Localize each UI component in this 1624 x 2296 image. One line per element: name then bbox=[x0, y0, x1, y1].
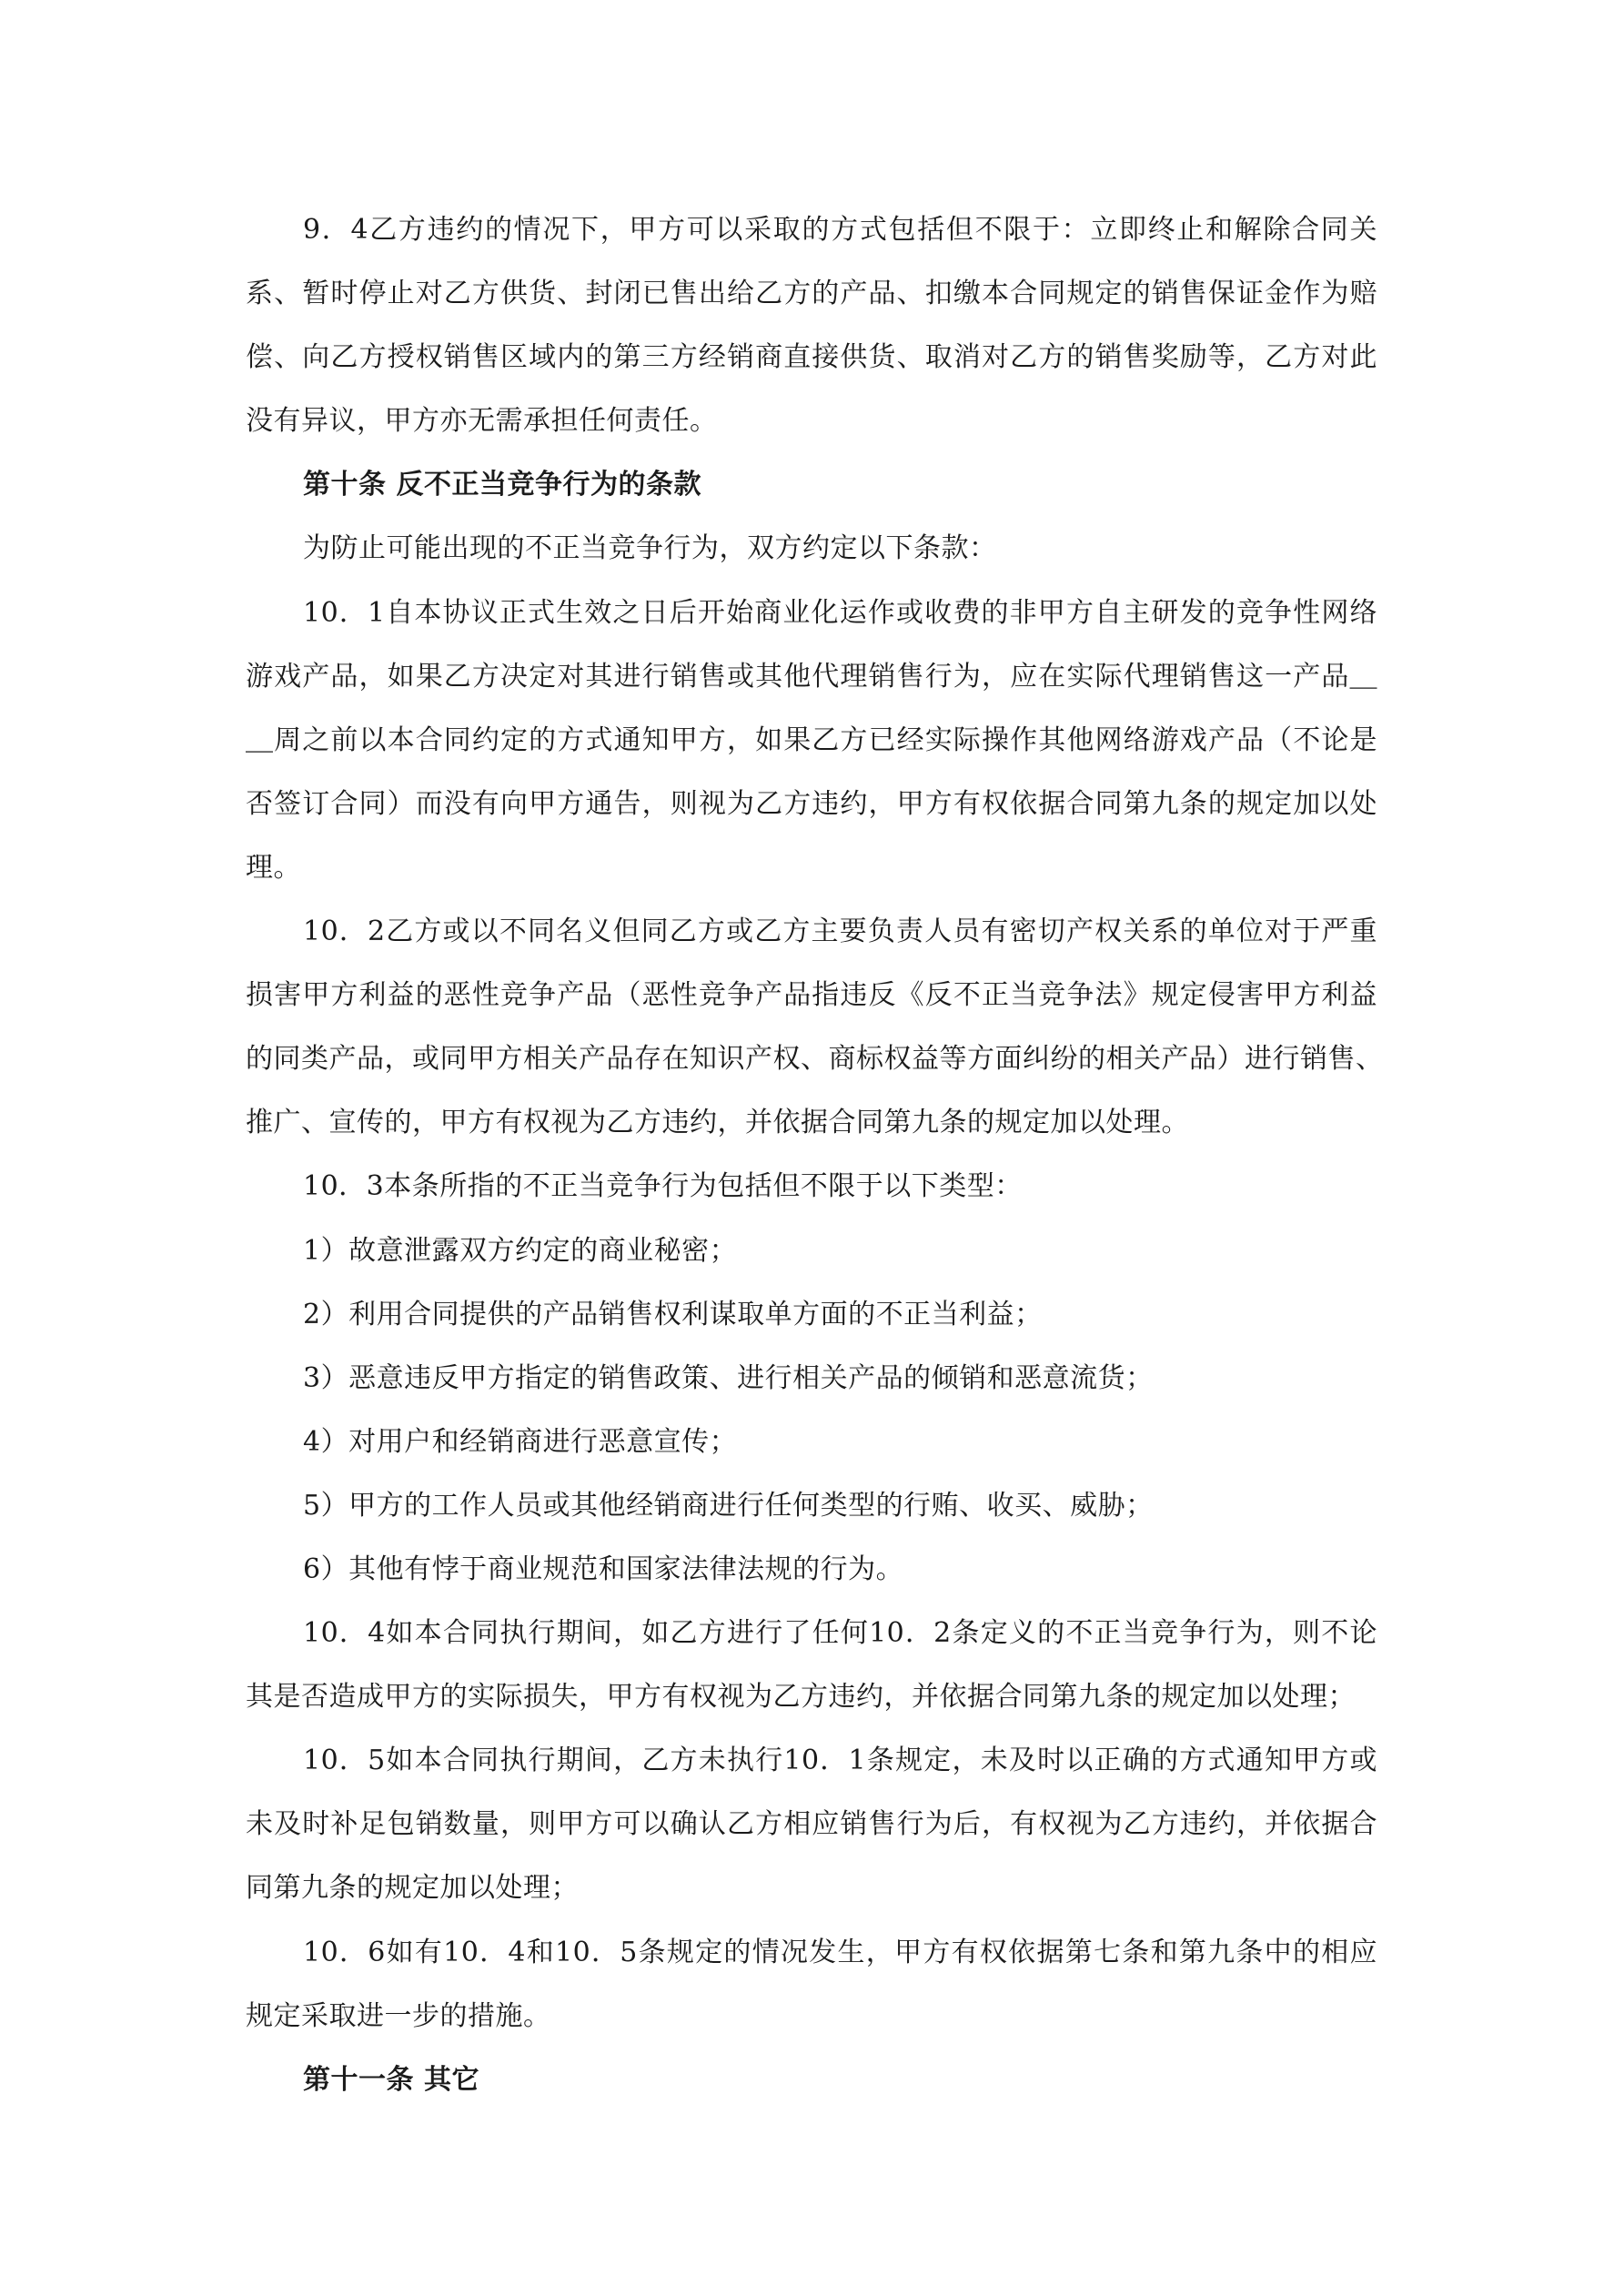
text-line: ＿周之前以本合同约定的方式通知甲方，如果乙方已经实际操作其他网络游戏产品（不论是 bbox=[246, 709, 1377, 773]
text-line: 没有异议，甲方亦无需承担任何责任。 bbox=[246, 389, 1377, 453]
text-line: 规定采取进一步的措施。 bbox=[246, 1985, 1377, 2048]
list-item-text: 1）故意泄露双方约定的商业秘密； bbox=[246, 1219, 1377, 1283]
text-line: 游戏产品，如果乙方决定对其进行销售或其他代理销售行为，应在实际代理销售这一产品＿ bbox=[246, 645, 1377, 709]
list-item-text: 6）其他有悖于商业规范和国家法律法规的行为。 bbox=[246, 1538, 1377, 1602]
text-line: 10．5如本合同执行期间，乙方未执行10．1条规定，未及时以正确的方式通知甲方或 bbox=[246, 1729, 1377, 1793]
article-10-heading: 第十条 反不正当竞争行为的条款 bbox=[246, 453, 1377, 517]
list-item-text: 3）恶意违反甲方指定的销售政策、进行相关产品的倾销和恶意流货； bbox=[246, 1347, 1377, 1411]
list-item-text: 2）利用合同提供的产品销售权利谋取单方面的不正当利益； bbox=[246, 1283, 1377, 1347]
clause-10-2: 10．2乙方或以不同名义但同乙方或乙方主要负责人员有密切产权关系的单位对于严重 … bbox=[246, 900, 1377, 1155]
text-line: 其是否造成甲方的实际损失，甲方有权视为乙方违约，并依据合同第九条的规定加以处理； bbox=[246, 1665, 1377, 1729]
clause-9-4: 9．4乙方违约的情况下，甲方可以采取的方式包括但不限于：立即终止和解除合同关 系… bbox=[246, 198, 1377, 453]
clause-10-3: 10．3本条所指的不正当竞争行为包括但不限于以下类型： bbox=[246, 1155, 1377, 1219]
clause-10-6: 10．6如有10．4和10．5条规定的情况发生，甲方有权依据第七条和第九条中的相… bbox=[246, 1921, 1377, 2048]
list-item: 4）对用户和经销商进行恶意宣传； bbox=[246, 1411, 1377, 1474]
text-line: 9．4乙方违约的情况下，甲方可以采取的方式包括但不限于：立即终止和解除合同关 bbox=[246, 198, 1377, 262]
text-line: 的同类产品，或同甲方相关产品存在知识产权、商标权益等方面纠纷的相关产品）进行销售… bbox=[246, 1027, 1377, 1091]
text-line: 10．3本条所指的不正当竞争行为包括但不限于以下类型： bbox=[246, 1155, 1377, 1219]
list-item: 5）甲方的工作人员或其他经销商进行任何类型的行贿、收买、威胁； bbox=[246, 1474, 1377, 1538]
text-line: 否签订合同）而没有向甲方通告，则视为乙方违约，甲方有权依据合同第九条的规定加以处 bbox=[246, 773, 1377, 836]
clause-10-3-list: 1）故意泄露双方约定的商业秘密； 2）利用合同提供的产品销售权利谋取单方面的不正… bbox=[246, 1219, 1377, 1603]
text-line: 未及时补足包销数量，则甲方可以确认乙方相应销售行为后，有权视为乙方违约，并依据合 bbox=[246, 1793, 1377, 1856]
text-line: 10．6如有10．4和10．5条规定的情况发生，甲方有权依据第七条和第九条中的相… bbox=[246, 1921, 1377, 1985]
list-item: 6）其他有悖于商业规范和国家法律法规的行为。 bbox=[246, 1538, 1377, 1602]
list-item: 2）利用合同提供的产品销售权利谋取单方面的不正当利益； bbox=[246, 1283, 1377, 1347]
document-page: 9．4乙方违约的情况下，甲方可以采取的方式包括但不限于：立即终止和解除合同关 系… bbox=[246, 198, 1377, 2112]
text-line: 推广、宣传的，甲方有权视为乙方违约，并依据合同第九条的规定加以处理。 bbox=[246, 1091, 1377, 1155]
text-line: 同第九条的规定加以处理； bbox=[246, 1856, 1377, 1920]
text-line: 为防止可能出现的不正当竞争行为，双方约定以下条款： bbox=[246, 517, 1377, 581]
article-11-heading: 第十一条 其它 bbox=[246, 2048, 1377, 2112]
list-item-text: 4）对用户和经销商进行恶意宣传； bbox=[246, 1411, 1377, 1474]
text-line: 10．4如本合同执行期间，如乙方进行了任何10．2条定义的不正当竞争行为，则不论 bbox=[246, 1602, 1377, 1665]
list-item: 3）恶意违反甲方指定的销售政策、进行相关产品的倾销和恶意流货； bbox=[246, 1347, 1377, 1411]
list-item: 1）故意泄露双方约定的商业秘密； bbox=[246, 1219, 1377, 1283]
text-line: 损害甲方利益的恶性竞争产品（恶性竞争产品指违反《反不正当竞争法》规定侵害甲方利益 bbox=[246, 964, 1377, 1027]
text-line: 10．1自本协议正式生效之日后开始商业化运作或收费的非甲方自主研发的竞争性网络 bbox=[246, 582, 1377, 645]
clause-10-5: 10．5如本合同执行期间，乙方未执行10．1条规定，未及时以正确的方式通知甲方或… bbox=[246, 1729, 1377, 1920]
text-line: 理。 bbox=[246, 836, 1377, 900]
list-item-text: 5）甲方的工作人员或其他经销商进行任何类型的行贿、收买、威胁； bbox=[246, 1474, 1377, 1538]
heading-text: 第十一条 其它 bbox=[246, 2048, 1377, 2112]
text-line: 系、暂时停止对乙方供货、封闭已售出给乙方的产品、扣缴本合同规定的销售保证金作为赔 bbox=[246, 262, 1377, 326]
clause-10-1: 10．1自本协议正式生效之日后开始商业化运作或收费的非甲方自主研发的竞争性网络 … bbox=[246, 582, 1377, 900]
article-10-intro: 为防止可能出现的不正当竞争行为，双方约定以下条款： bbox=[246, 517, 1377, 581]
heading-text: 第十条 反不正当竞争行为的条款 bbox=[246, 453, 1377, 517]
text-line: 10．2乙方或以不同名义但同乙方或乙方主要负责人员有密切产权关系的单位对于严重 bbox=[246, 900, 1377, 964]
text-line: 偿、向乙方授权销售区域内的第三方经销商直接供货、取消对乙方的销售奖励等，乙方对此 bbox=[246, 326, 1377, 389]
clause-10-4: 10．4如本合同执行期间，如乙方进行了任何10．2条定义的不正当竞争行为，则不论… bbox=[246, 1602, 1377, 1729]
